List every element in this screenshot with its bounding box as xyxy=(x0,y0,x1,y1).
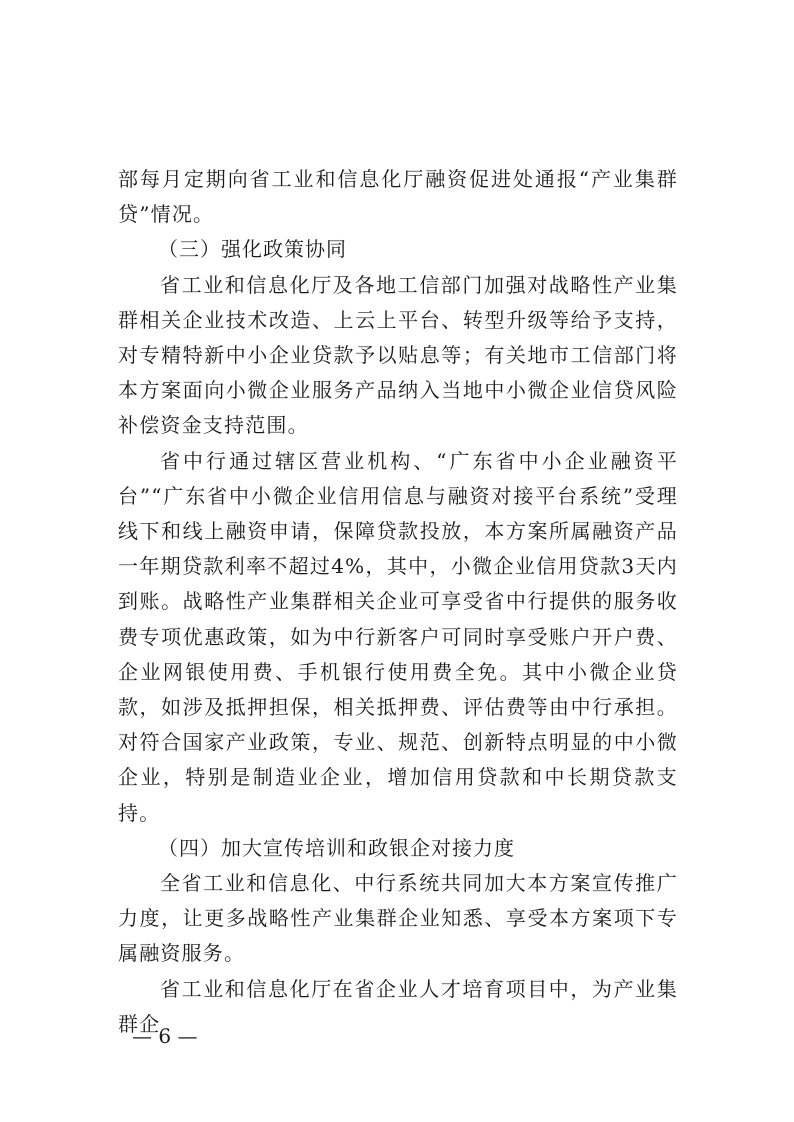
page-number: — 6 — xyxy=(132,1024,197,1048)
section-heading-3: （三）强化政策协同 xyxy=(118,232,678,267)
document-body: 部每月定期向省工业和信息化厅融资促进处通报“产业集群贷”情况。 （三）强化政策协… xyxy=(118,162,678,1042)
paragraph-boc-financing: 省中行通过辖区营业机构、“广东省中小企业融资平台”“广东省中小微企业信用信息与融… xyxy=(118,444,678,831)
paragraph-talent-training: 省工业和信息化厅在省企业人才培育项目中，为产业集群企 xyxy=(118,972,678,1042)
paragraph-promotion: 全省工业和信息化、中行系统共同加大本方案宣传推广力度，让更多战略性产业集群企业知… xyxy=(118,866,678,972)
paragraph-policy-support: 省工业和信息化厅及各地工信部门加强对战略性产业集群相关企业技术改造、上云上平台、… xyxy=(118,268,678,444)
document-page: 部每月定期向省工业和信息化厅融资促进处通报“产业集群贷”情况。 （三）强化政策协… xyxy=(0,0,794,1122)
paragraph-continuation: 部每月定期向省工业和信息化厅融资促进处通报“产业集群贷”情况。 xyxy=(118,162,678,232)
section-heading-4: （四）加大宣传培训和政银企对接力度 xyxy=(118,831,678,866)
